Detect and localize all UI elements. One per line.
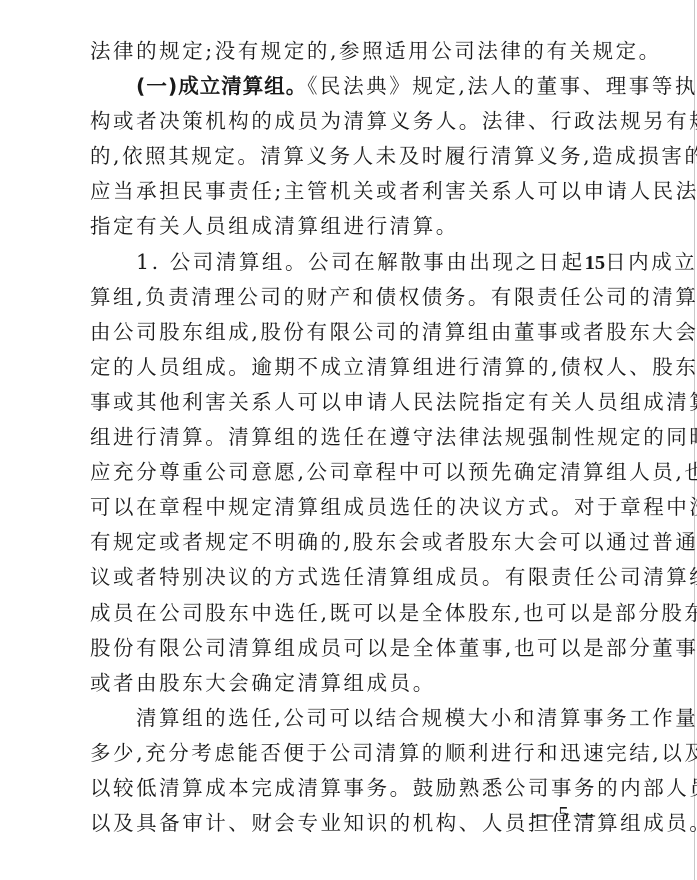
section-heading: (一)成立清算组。 xyxy=(136,74,307,98)
paragraph-line: 股份有限公司清算组成员可以是全体董事,也可以是部分董事, xyxy=(90,631,602,666)
paragraph-line: 有规定或者规定不明确的,股东会或者股东大会可以通过普通决 xyxy=(90,525,602,560)
paragraph-line: 多少,充分考虑能否便于公司清算的顺利进行和迅速完结,以及 xyxy=(90,736,602,771)
paragraph-line: 法律的规定;没有规定的,参照适用公司法律的有关规定。 xyxy=(90,34,602,69)
paragraph-line: 应充分尊重公司意愿,公司章程中可以预先确定清算组人员,也 xyxy=(90,455,602,490)
paragraph-line: 以及具备审计、财会专业知识的机构、人员担任清算组成员。 xyxy=(90,806,602,841)
section-heading-line: (一)成立清算组。《民法典》规定,法人的董事、理事等执行机 xyxy=(90,69,602,104)
paragraph-line: 事或其他利害关系人可以申请人民法院指定有关人员组成清算 xyxy=(90,385,602,420)
paragraph-line: 或者由股东大会确定清算组成员。 xyxy=(90,666,602,701)
paragraph-line: 清算组的选任,公司可以结合规模大小和清算事务工作量的 xyxy=(90,701,602,736)
page-number: — 5 — xyxy=(532,802,592,827)
document-page: 法律的规定;没有规定的,参照适用公司法律的有关规定。 (一)成立清算组。《民法典… xyxy=(0,0,697,880)
paragraph-line: 算组,负责清理公司的财产和债权债务。有限责任公司的清算组 xyxy=(90,280,602,315)
paragraph-line: 组进行清算。清算组的选任在遵守法律法规强制性规定的同时, xyxy=(90,420,602,455)
numbered-item-text: 1. 公司清算组。公司在解散事由出现之日起 xyxy=(136,250,585,274)
paragraph-line: 可以在章程中规定清算组成员选任的决议方式。对于章程中没 xyxy=(90,490,602,525)
paragraph-line: 议或者特别决议的方式选任清算组成员。有限责任公司清算组 xyxy=(90,560,602,595)
paragraph-line: 指定有关人员组成清算组进行清算。 xyxy=(90,209,602,244)
paragraph-line: 的,依照其规定。清算义务人未及时履行清算义务,造成损害的, xyxy=(90,139,602,174)
paragraph-text: 《民法典》规定,法人的董事、理事等执行机 xyxy=(307,74,697,98)
document-body: 法律的规定;没有规定的,参照适用公司法律的有关规定。 (一)成立清算组。《民法典… xyxy=(90,34,602,841)
paragraph-line: 定的人员组成。逾期不成立清算组进行清算的,债权人、股东、董 xyxy=(90,350,602,385)
paragraph-line: 由公司股东组成,股份有限公司的清算组由董事或者股东大会确 xyxy=(90,315,602,350)
paragraph-line: 以较低清算成本完成清算事务。鼓励熟悉公司事务的内部人员 xyxy=(90,771,602,806)
paragraph-line: 构或者决策机构的成员为清算义务人。法律、行政法规另有规定 xyxy=(90,104,602,139)
numbered-item-line: 1. 公司清算组。公司在解散事由出现之日起15日内成立清 xyxy=(90,245,602,280)
numbered-item-text: 日内成立清 xyxy=(605,250,697,274)
paragraph-line: 应当承担民事责任;主管机关或者利害关系人可以申请人民法院 xyxy=(90,174,602,209)
paragraph-line: 成员在公司股东中选任,既可以是全体股东,也可以是部分股东。 xyxy=(90,596,602,631)
day-count: 15 xyxy=(585,252,606,274)
